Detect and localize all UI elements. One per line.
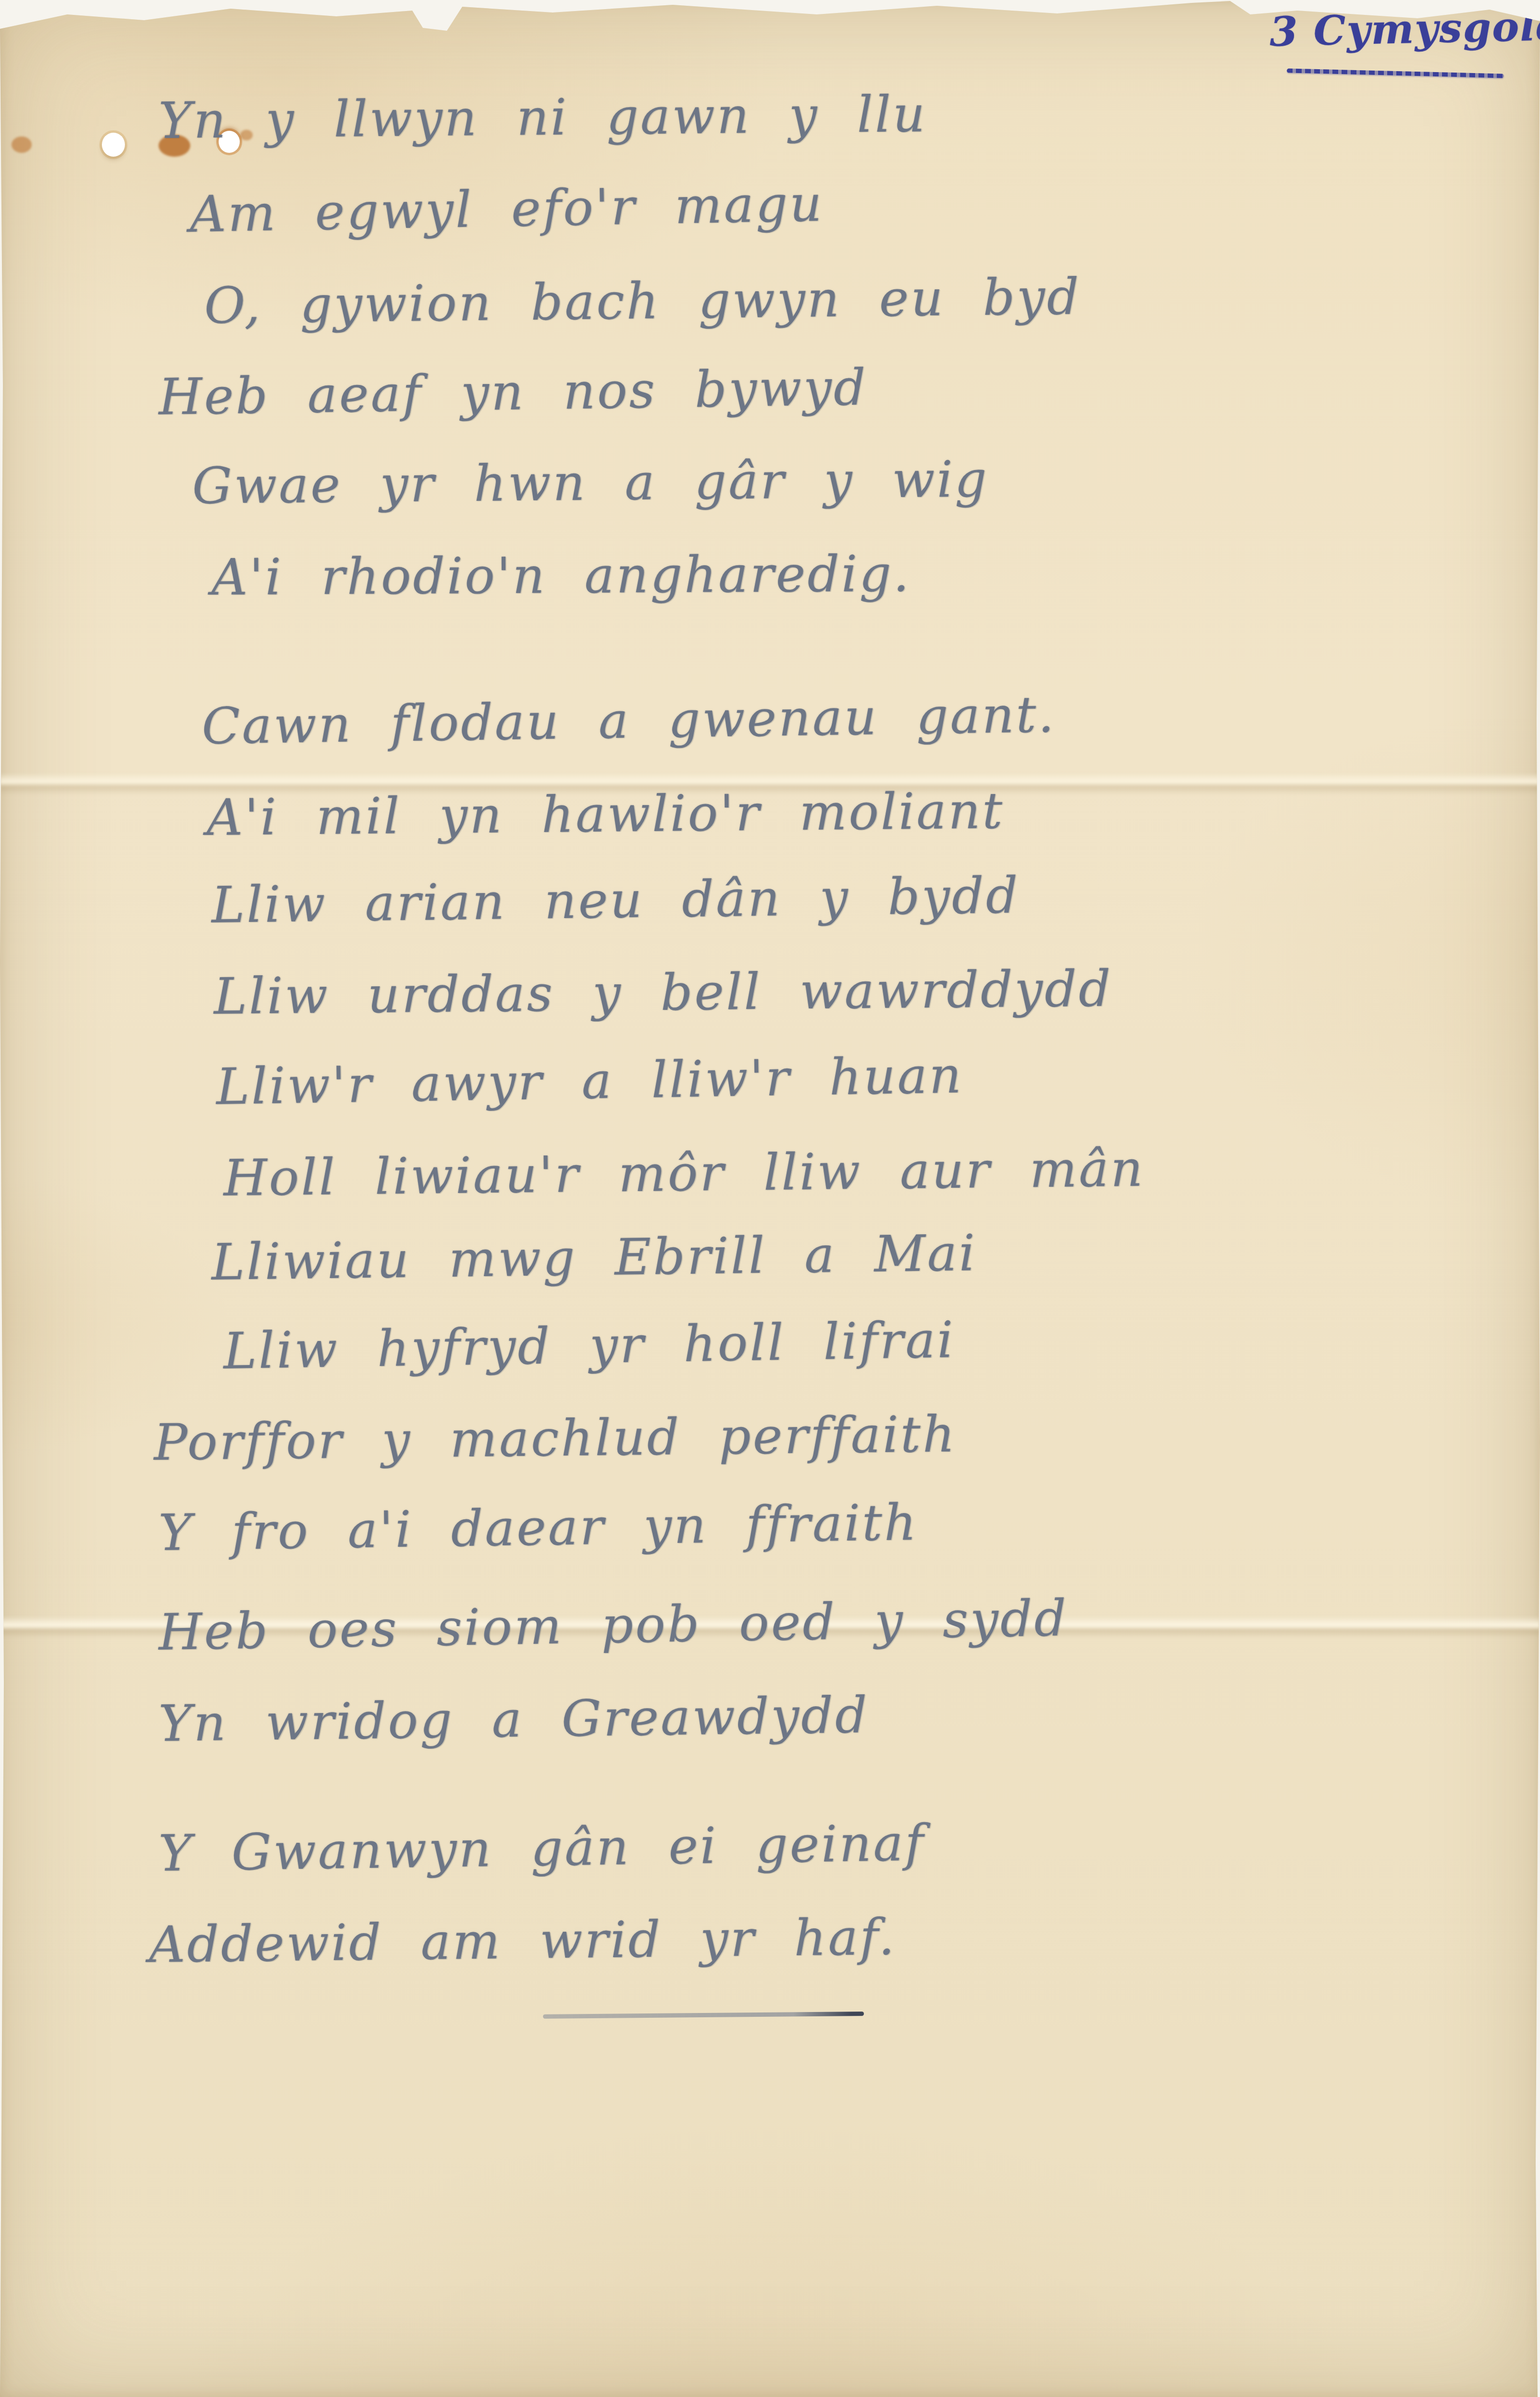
poem-line: Y fro a'i daear yn ffraith [158,1493,919,1562]
pencil-divider [543,2012,864,2019]
poem-line: Y Gwanwyn gân ei geinaf [158,1813,926,1883]
poem-line: Lliw arian neu dân y bydd [211,866,1020,934]
poem-line: A'i rhodio'n angharedig. [211,544,911,607]
poem-line: Lliw urddas y bell wawrddydd [213,959,1112,1026]
poem-line: Heb oes siom pob oed y sydd [158,1589,1069,1662]
poem-line: Lliw hyfryd yr holl lifrai [223,1310,955,1380]
poem-line: Yn wridog a Greawdydd [158,1686,869,1753]
poem-line: Heb aeaf yn nos bywyd [158,358,868,426]
poem-line: Lliw'r awyr a lliw'r huan [216,1046,963,1116]
ink-annotation-underline [1287,68,1504,78]
poem-line: Gwae yr hwn a gâr y wig [192,450,988,515]
pin-hole [102,133,125,157]
poem-line: Holl liwiau'r môr lliw aur mân [223,1139,1145,1207]
ink-annotation: 3 Cymysgold [1269,2,1540,56]
poem-line: Lliwiau mwg Ebrill a Mai [211,1224,977,1292]
rust-stain [12,137,32,153]
poem-line: Am egwyl efo'r magu [189,174,824,244]
poem-line: O, gywion bach gwyn eu byd [204,267,1081,335]
poem-line: A'i mil yn hawlio'r moliant [206,782,1004,847]
poem-line: Yn y llwyn ni gawn y llu [158,85,927,150]
scan-background: 3 Cymysgold Yn y llwyn ni gawn y llu Am … [0,0,1540,2397]
poem-line: Addewid am wrid yr haf. [148,1908,897,1974]
poem-line: Cawn flodau a gwenau gant. [201,685,1056,756]
paper-sheet: 3 Cymysgold Yn y llwyn ni gawn y llu Am … [0,0,1540,2397]
poem-line: Porffor y machlud perffaith [153,1405,957,1472]
